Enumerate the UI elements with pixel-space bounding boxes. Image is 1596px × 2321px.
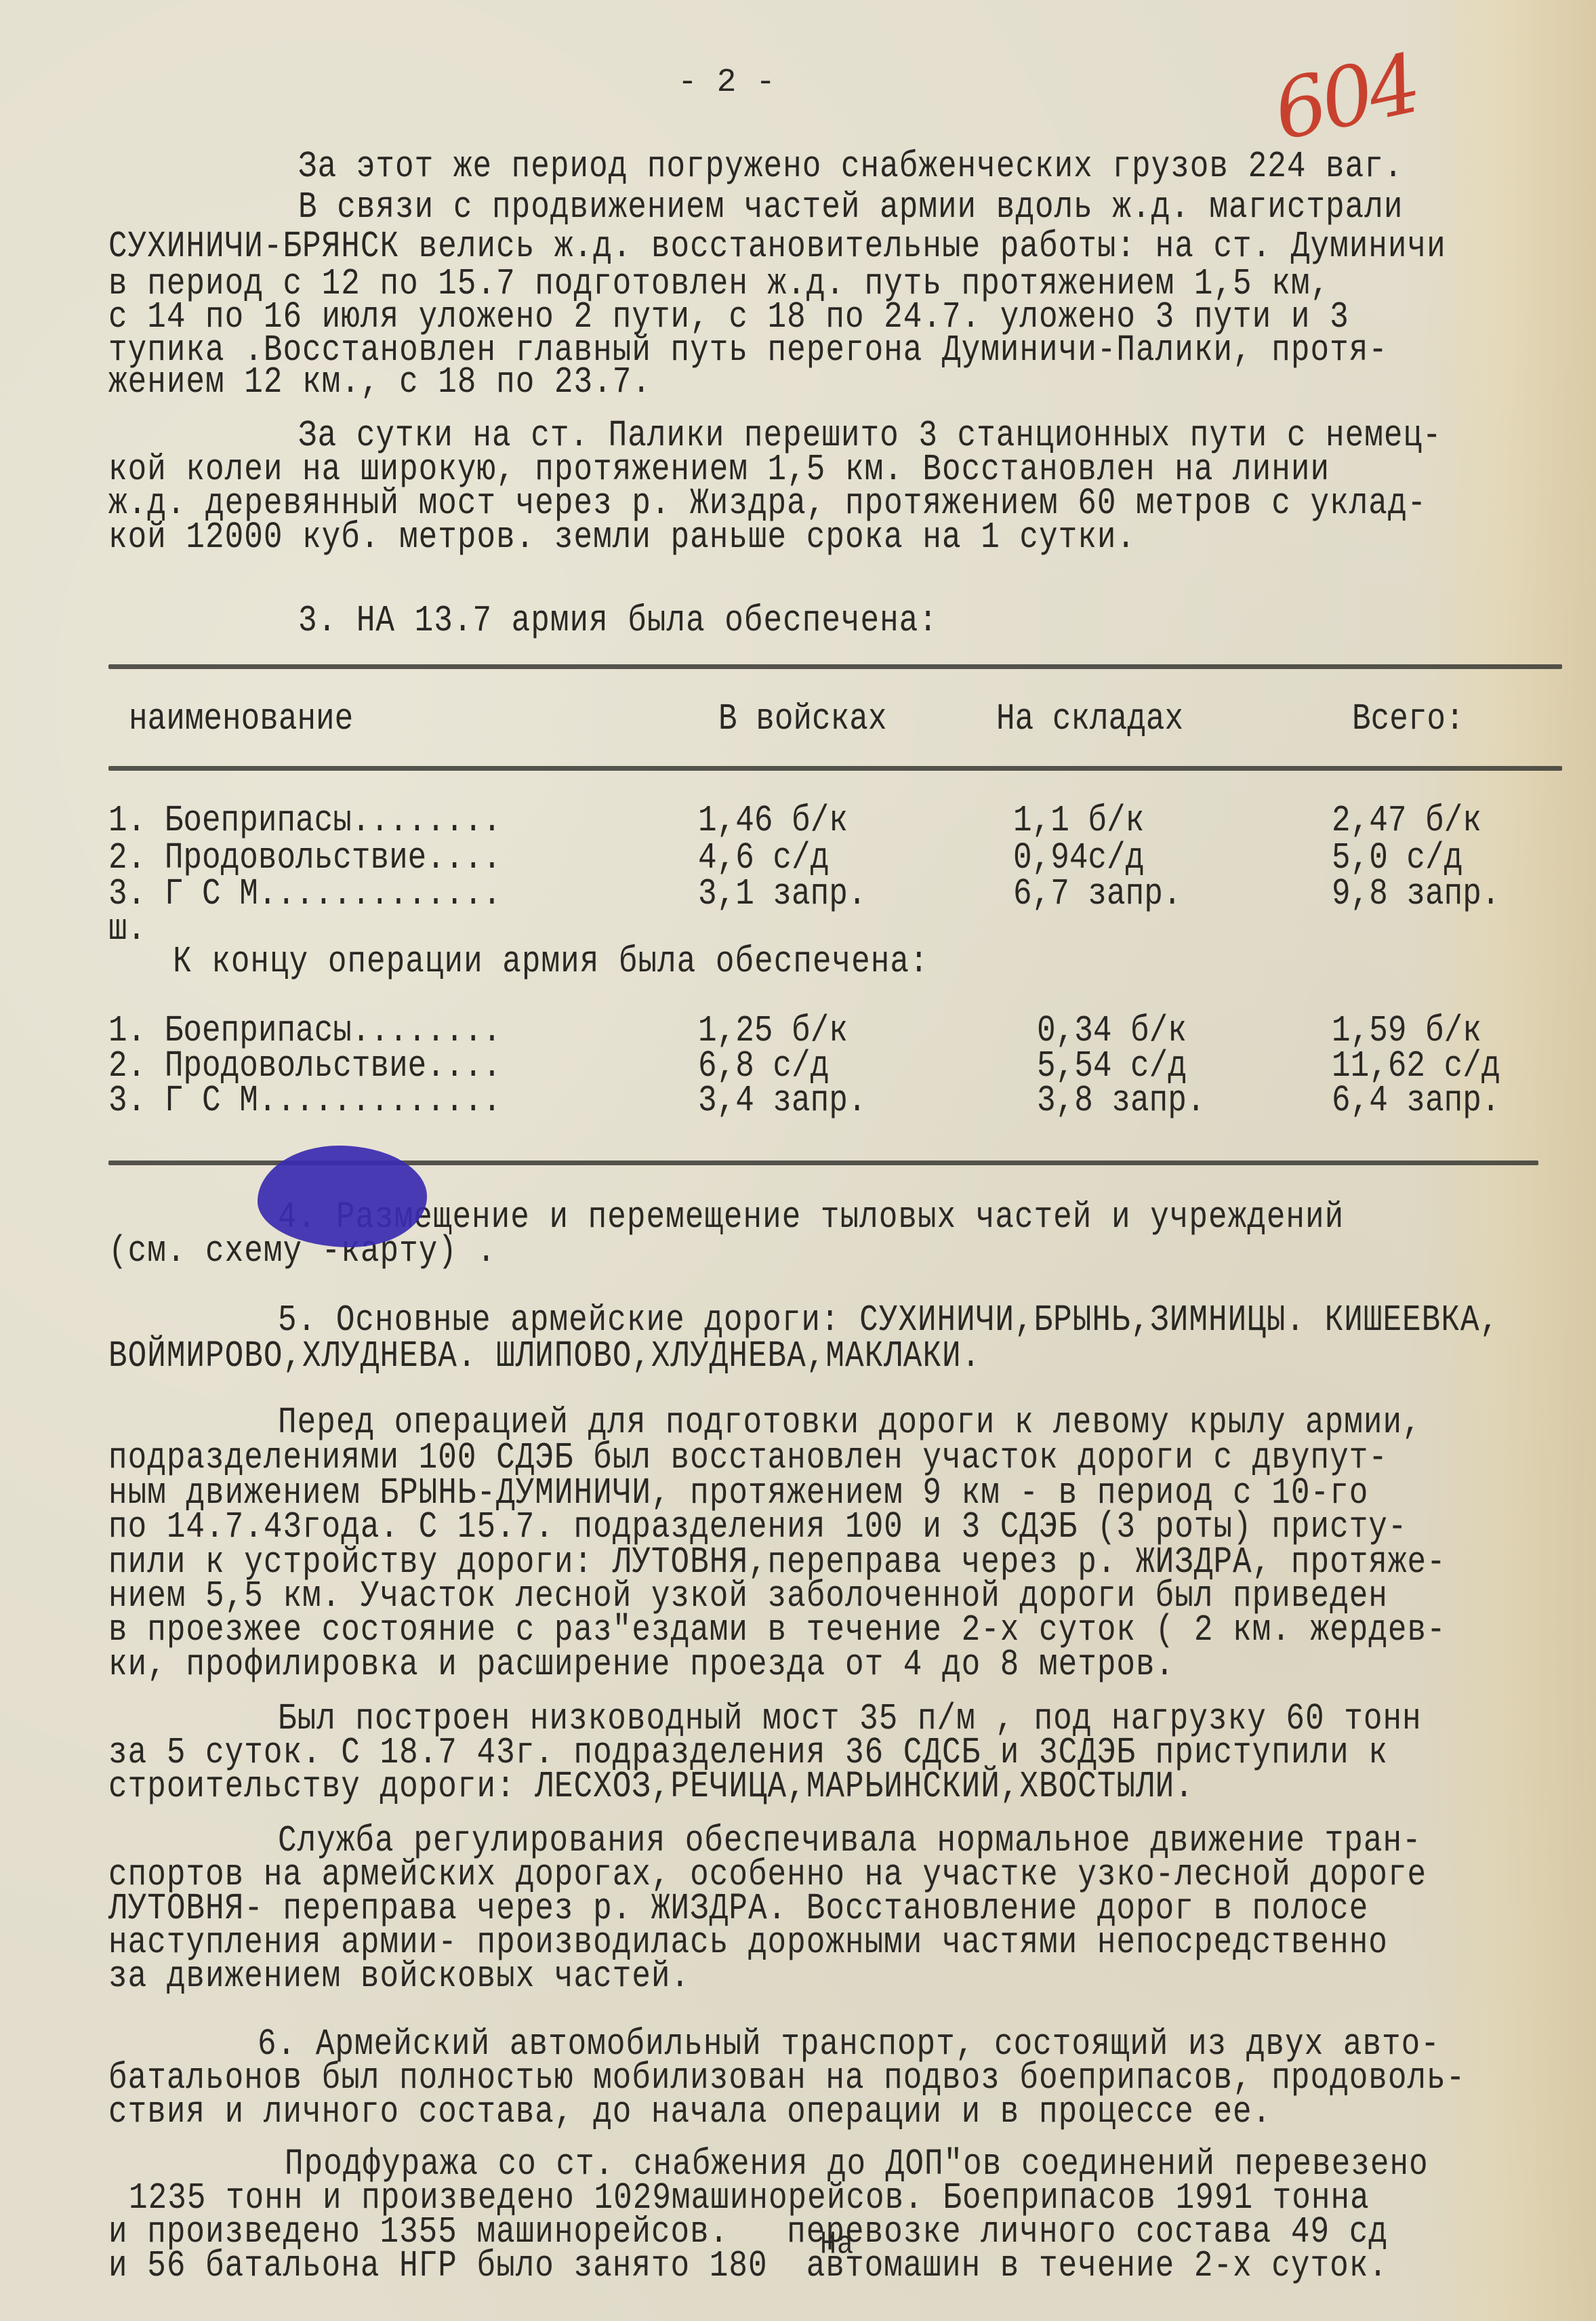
text-line: В связи с продвижением частей армии вдол…: [298, 186, 1403, 228]
stray-typed-mark: ш.: [108, 908, 146, 950]
table-rule-header: [108, 766, 1562, 771]
table-cell-total: 2,47 б/к: [1332, 800, 1481, 841]
text-line: За этот же период погружено снабженчески…: [298, 146, 1403, 187]
table-rule-top: [108, 664, 1562, 669]
table-cell-depots: 6,7 запр.: [1013, 873, 1181, 914]
table-header-total: Всего:: [1352, 698, 1465, 740]
table-cell-depots: 3,8 запр.: [1037, 1080, 1205, 1121]
text-line: ствия и личного состава, до начала опера…: [108, 2091, 1271, 2133]
subsection-heading: К концу операции армия была обеспечена:: [173, 941, 929, 982]
table-cell-troops: 3,4 запр.: [698, 1080, 866, 1121]
table-cell-depots: 1,1 б/к: [1013, 800, 1144, 841]
section-heading: 3. НА 13.7 армия была обеспечена:: [298, 600, 938, 641]
ink-blot: [258, 1146, 427, 1247]
text-line: ки, профилировка и расширение проезда от…: [108, 1644, 1174, 1685]
text-line: строительству дороги: ЛЕСХОЗ,РЕЧИЦА,МАРЬ…: [108, 1766, 1194, 1807]
text-line: за движением войсковых частей.: [108, 1956, 690, 1997]
text-line: ВОЙМИРОВО,ХЛУДНЕВА. ШЛИПОВО,ХЛУДНЕВА,МАК…: [108, 1335, 981, 1377]
table-row-name: 1. Боеприпасы........: [108, 800, 502, 841]
text-line: жением 12 км., с 18 по 23.7.: [108, 361, 651, 403]
table-row-name: 3. Г С М.............: [108, 1080, 502, 1121]
page-number: - 2 -: [678, 64, 775, 101]
table-header-depots: На складах: [996, 698, 1183, 740]
folio-handwritten-number: 604: [1266, 37, 1425, 159]
text-line: СУХИНИЧИ-БРЯНСК велись ж.д. восстановите…: [108, 226, 1446, 267]
table-header-troops: В войсках: [718, 698, 886, 740]
table-header-name: наименование: [129, 698, 353, 740]
document-page: - 2 - 604 За этот же период погружено сн…: [0, 0, 1596, 2321]
text-line: и 56 батальона НГР было занято 180 автом…: [108, 2245, 1388, 2286]
table-cell-total: 6,4 запр.: [1332, 1080, 1500, 1121]
table-cell-troops: 3,1 запр.: [698, 873, 866, 914]
table-row-name: 3. Г С М.............: [108, 873, 502, 914]
table-cell-troops: 1,46 б/к: [698, 800, 848, 841]
text-line: кой 12000 куб. метров. земли раньше срок…: [108, 517, 1136, 558]
table-cell-total: 9,8 запр.: [1332, 873, 1500, 914]
